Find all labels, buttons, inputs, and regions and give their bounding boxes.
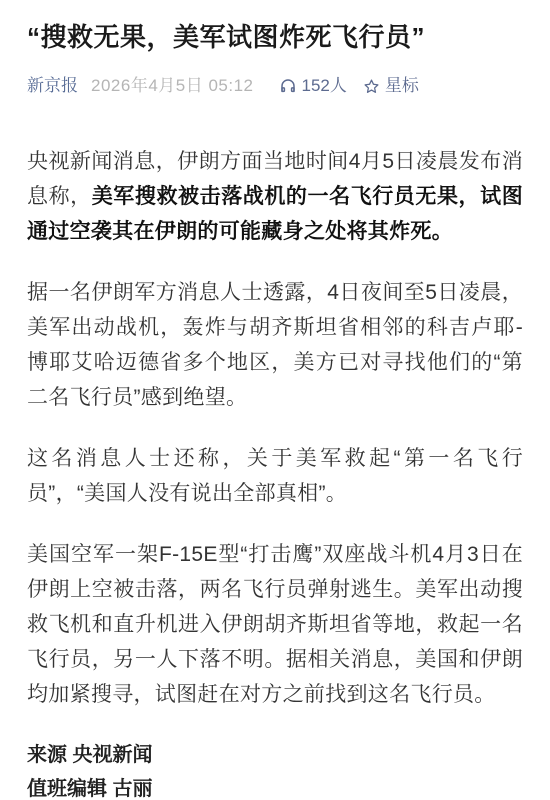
article-page: “搜救无果，美军试图炸死飞行员” 新京报 2026年4月5日 05:12 152… bbox=[0, 0, 550, 800]
star-label: 星标 bbox=[385, 76, 419, 96]
headphones-icon bbox=[279, 77, 302, 95]
listen-count-label: 152人 bbox=[302, 76, 347, 96]
paragraph-2: 据一名伊朗军方消息人士透露，4日夜间至5日凌晨，美军出动战机，轰炸与胡齐斯坦省相… bbox=[27, 275, 523, 415]
byline: 新京报 2026年4月5日 05:12 152人 星标 bbox=[27, 76, 523, 96]
editor-line: 值班编辑 古丽 bbox=[27, 772, 523, 800]
account-name-link[interactable]: 新京报 bbox=[27, 76, 78, 96]
article-title: “搜救无果，美军试图炸死飞行员” bbox=[27, 20, 523, 54]
source-line: 来源 央视新闻 bbox=[27, 738, 523, 772]
star-icon bbox=[363, 78, 385, 95]
listen-count-button[interactable]: 152人 bbox=[279, 76, 347, 96]
paragraph-1-bold-run: 美军搜救被击落战机的一名飞行员无果，试图通过空袭其在伊朗的可能藏身之处将其炸死。 bbox=[27, 185, 523, 243]
star-button[interactable]: 星标 bbox=[363, 76, 419, 96]
paragraph-1: 央视新闻消息，伊朗方面当地时间4月5日凌晨发布消息称，美军搜救被击落战机的一名飞… bbox=[27, 144, 523, 249]
paragraph-3: 这名消息人士还称，关于美军救起“第一名飞行员”，“美国人没有说出全部真相”。 bbox=[27, 441, 523, 511]
paragraph-4: 美国空军一架F-15E型“打击鹰”双座战斗机4月3日在伊朗上空被击落，两名飞行员… bbox=[27, 537, 523, 712]
article-body: 央视新闻消息，伊朗方面当地时间4月5日凌晨发布消息称，美军搜救被击落战机的一名飞… bbox=[27, 144, 523, 800]
publish-date: 2026年4月5日 05:12 bbox=[91, 76, 254, 96]
